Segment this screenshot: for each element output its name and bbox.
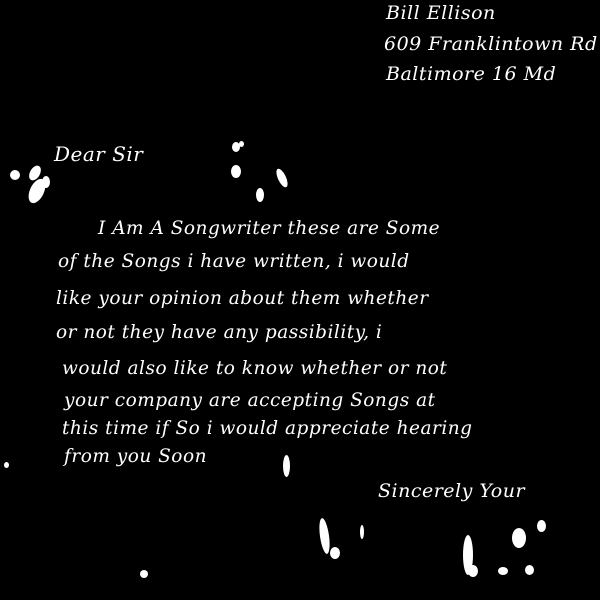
salutation: Dear Sir bbox=[54, 142, 143, 166]
body-line: your company are accepting Songs at bbox=[64, 390, 436, 411]
body-line: from you Soon bbox=[64, 446, 207, 467]
blotch bbox=[256, 188, 264, 202]
blotch bbox=[140, 570, 148, 578]
blotch bbox=[231, 165, 241, 178]
body-line: or not they have any passibility, i bbox=[56, 322, 382, 343]
blotch bbox=[525, 565, 534, 575]
blotch bbox=[318, 518, 332, 555]
body-line: I Am A Songwriter these are Some bbox=[98, 218, 440, 239]
body-line: like your opinion about them whether bbox=[56, 288, 429, 309]
sender-street: 609 Franklintown Rd bbox=[384, 33, 598, 55]
sender-city: Baltimore 16 Md bbox=[386, 63, 556, 85]
blotch bbox=[239, 141, 244, 147]
blotch bbox=[498, 567, 508, 575]
blotch bbox=[283, 455, 290, 477]
body-line: of the Songs i have written, i would bbox=[58, 251, 410, 272]
blotch bbox=[468, 565, 478, 577]
blotch bbox=[42, 176, 50, 188]
blotch bbox=[10, 170, 20, 180]
blotch bbox=[360, 525, 364, 539]
blotch bbox=[274, 167, 290, 189]
body-line: this time if So i would appreciate heari… bbox=[62, 418, 473, 439]
blotch bbox=[537, 520, 546, 532]
handwritten-letter: Bill Ellison 609 Franklintown Rd Baltimo… bbox=[0, 0, 600, 600]
closing: Sincerely Your bbox=[378, 480, 525, 502]
body-line: would also like to know whether or not bbox=[62, 358, 447, 379]
blotch bbox=[512, 528, 526, 548]
sender-name: Bill Ellison bbox=[386, 2, 496, 24]
blotch bbox=[330, 547, 340, 559]
blotch bbox=[4, 462, 9, 468]
